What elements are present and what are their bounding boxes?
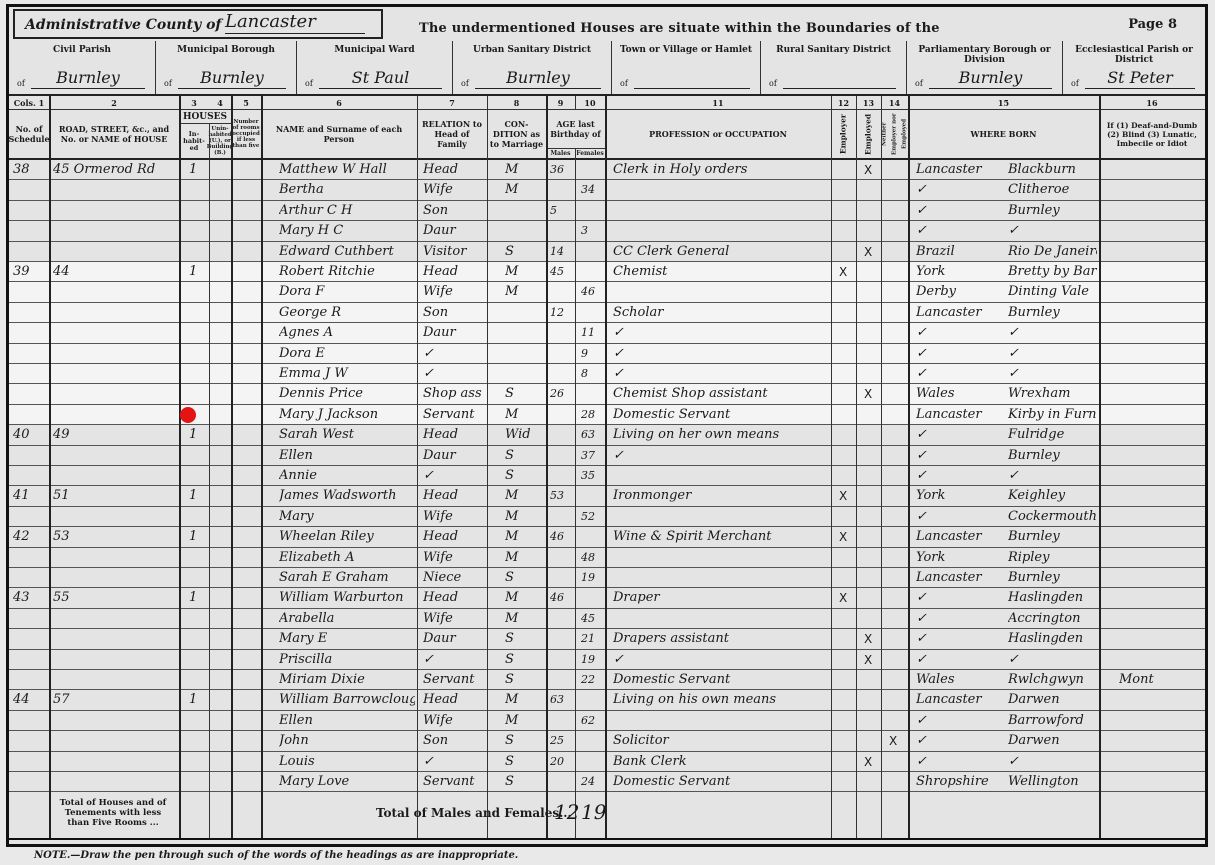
condition-cell: S (505, 446, 544, 466)
born-county-cell: ✓ (916, 344, 1001, 364)
column-divider (856, 96, 857, 838)
inhabited-cell (189, 201, 207, 221)
condition-cell: M (505, 588, 544, 608)
neither-cell (889, 242, 906, 262)
employer-cell: X (839, 527, 854, 547)
district-label: Urban Sanitary District (453, 45, 611, 55)
employed-cell: X (864, 650, 879, 670)
road-cell (53, 711, 177, 731)
relation-cell: Head (423, 262, 485, 282)
born-place-cell: Burnley (1008, 303, 1097, 323)
male-age-cell (550, 446, 573, 466)
inhabited-cell (189, 221, 207, 241)
header-schedule: No. of Schedule (9, 110, 49, 158)
employer-cell (839, 568, 854, 588)
road-cell (53, 242, 177, 262)
relation-cell: Servant (423, 772, 485, 792)
name-cell: Emma J W (279, 364, 415, 384)
name-cell: Annie (279, 466, 415, 486)
inhabited-cell (189, 282, 207, 302)
employer-cell: X (839, 262, 854, 282)
district-label: Ecclesiastical Parish or District (1063, 45, 1205, 65)
born-place-cell: Haslingden (1008, 588, 1097, 608)
name-cell: Ellen (279, 711, 415, 731)
infirmity-cell (1119, 752, 1203, 772)
born-county-cell: ✓ (916, 466, 1001, 486)
header-inhabited: In-habit-ed (179, 124, 209, 158)
admin-county-label: Administrative County of (25, 17, 221, 33)
relation-cell: ✓ (423, 364, 485, 384)
female-age-cell: 46 (581, 282, 603, 302)
male-age-cell: 53 (550, 486, 573, 506)
condition-cell: S (505, 384, 544, 404)
born-place-cell: Burnley (1008, 527, 1097, 547)
female-age-cell (581, 690, 603, 710)
schedule-cell (13, 303, 47, 323)
female-age-cell: 37 (581, 446, 603, 466)
inhabited-cell (189, 772, 207, 792)
condition-cell: S (505, 752, 544, 772)
column-divider (231, 96, 233, 838)
schedule-cell (13, 221, 47, 241)
district-label: Town or Village or Hamlet (612, 45, 760, 55)
relation-cell: Wife (423, 282, 485, 302)
occupation-cell: Draper (613, 588, 829, 608)
column-number: 2 (49, 96, 179, 110)
male-age-cell: 12 (550, 303, 573, 323)
road-cell: 49 (53, 425, 177, 445)
neither-cell (889, 425, 906, 445)
schedule-cell (13, 568, 47, 588)
table-bottom-line (9, 838, 1205, 840)
occupation-cell: Solicitor (613, 731, 829, 751)
neither-cell (889, 548, 906, 568)
name-cell: Miriam Dixie (279, 670, 415, 690)
total-females: 19 (581, 800, 606, 824)
condition-cell: S (505, 670, 544, 690)
district-value (783, 68, 896, 89)
neither-cell (889, 201, 906, 221)
employer-cell (839, 446, 854, 466)
infirmity-cell (1119, 201, 1203, 221)
employed-cell (864, 446, 879, 466)
born-place-cell: Cockermouth (1008, 507, 1097, 527)
male-age-cell (550, 180, 573, 200)
born-county-cell: York (916, 486, 1001, 506)
column-divider (881, 96, 882, 838)
name-cell: Wheelan Riley (279, 527, 415, 547)
relation-cell: Shop ass (423, 384, 485, 404)
employed-cell (864, 221, 879, 241)
schedule-cell (13, 650, 47, 670)
column-divider (417, 96, 418, 838)
schedule-cell (13, 180, 47, 200)
column-number: 4 (209, 96, 231, 110)
employer-cell (839, 690, 854, 710)
district-label: Municipal Borough (156, 45, 296, 55)
occupation-cell: Scholar (613, 303, 829, 323)
infirmity-cell (1119, 364, 1203, 384)
female-age-cell: 21 (581, 629, 603, 649)
born-county-cell: ✓ (916, 629, 1001, 649)
born-county-cell: Lancaster (916, 303, 1001, 323)
road-cell (53, 609, 177, 629)
column-number: 10 (575, 96, 605, 110)
born-county-cell: York (916, 262, 1001, 282)
district-of: of (17, 79, 25, 88)
road-cell (53, 548, 177, 568)
inhabited-cell (189, 670, 207, 690)
road-cell (53, 507, 177, 527)
employed-cell (864, 690, 879, 710)
header-rooms: Number of rooms occupied if less than fi… (231, 110, 261, 158)
infirmity-cell (1119, 466, 1203, 486)
column-divider (831, 96, 832, 838)
age-divider (575, 96, 576, 110)
road-cell (53, 323, 177, 343)
occupation-cell: ✓ (613, 650, 829, 670)
inhabited-cell (189, 446, 207, 466)
schedule-cell (13, 466, 47, 486)
employer-cell (839, 629, 854, 649)
inhabited-cell (189, 752, 207, 772)
relation-cell: ✓ (423, 752, 485, 772)
infirmity-cell (1119, 527, 1203, 547)
employer-cell (839, 405, 854, 425)
column-divider (209, 124, 210, 838)
born-place-cell: Bretty by Barnard (1008, 262, 1097, 282)
name-cell: Dora F (279, 282, 415, 302)
road-cell: 44 (53, 262, 177, 282)
column-divider (179, 96, 181, 838)
occupation-cell: Clerk in Holy orders (613, 160, 829, 180)
condition-cell: M (505, 609, 544, 629)
column-number: 7 (417, 96, 487, 110)
header-employed: Employed (856, 110, 881, 158)
born-county-cell: ✓ (916, 731, 1001, 751)
employer-cell (839, 201, 854, 221)
male-age-cell (550, 629, 573, 649)
name-cell: Priscilla (279, 650, 415, 670)
infirmity-cell (1119, 160, 1203, 180)
district-value: St Paul (319, 68, 442, 89)
schedule-cell (13, 609, 47, 629)
district-4: Town or Village or Hamletof (612, 41, 761, 94)
infirmity-cell (1119, 568, 1203, 588)
schedule-cell: 38 (13, 160, 47, 180)
occupation-cell: Domestic Servant (613, 772, 829, 792)
road-cell (53, 344, 177, 364)
neither-cell (889, 486, 906, 506)
born-place-cell: ✓ (1008, 323, 1097, 343)
road-cell (53, 629, 177, 649)
column-number: 11 (605, 96, 831, 110)
census-page: Administrative County of Lancaster The u… (6, 4, 1208, 847)
occupation-cell: ✓ (613, 323, 829, 343)
female-age-cell: 52 (581, 507, 603, 527)
employer-cell (839, 160, 854, 180)
occupation-cell: ✓ (613, 446, 829, 466)
neither-cell (889, 344, 906, 364)
inhabited-cell (189, 364, 207, 384)
name-cell: Mary E (279, 629, 415, 649)
condition-cell (505, 323, 544, 343)
neither-cell (889, 629, 906, 649)
road-cell (53, 180, 177, 200)
road-cell (53, 282, 177, 302)
condition-cell: M (505, 282, 544, 302)
boundary-text: The undermentioned Houses are situate wi… (419, 21, 940, 36)
neither-cell (889, 160, 906, 180)
infirmity-cell (1119, 221, 1203, 241)
born-place-cell: Burnley (1008, 568, 1097, 588)
occupation-cell: Chemist (613, 262, 829, 282)
relation-cell: Head (423, 425, 485, 445)
header-age: AGE last Birthday of (546, 110, 605, 148)
born-county-cell: ✓ (916, 180, 1001, 200)
occupation-cell: Domestic Servant (613, 670, 829, 690)
road-cell (53, 731, 177, 751)
road-cell (53, 201, 177, 221)
neither-cell (889, 282, 906, 302)
male-age-cell: 46 (550, 527, 573, 547)
inhabited-cell (189, 548, 207, 568)
female-age-cell: 11 (581, 323, 603, 343)
column-number: 15 (908, 96, 1099, 110)
infirmity-cell (1119, 629, 1203, 649)
born-place-cell: Rio De Janeiro (1008, 242, 1097, 262)
relation-cell: Daur (423, 323, 485, 343)
born-place-cell: ✓ (1008, 466, 1097, 486)
condition-cell: M (505, 180, 544, 200)
header-neither: Neither Employer nor Employed (881, 110, 908, 158)
neither-cell (889, 262, 906, 282)
relation-cell: Wife (423, 180, 485, 200)
born-county-cell: ✓ (916, 446, 1001, 466)
male-age-cell (550, 425, 573, 445)
road-cell: 51 (53, 486, 177, 506)
name-cell: William Warburton (279, 588, 415, 608)
header-relation: RELATION to Head of Family (417, 110, 487, 158)
header-name: NAME and Surname of each Person (261, 110, 417, 158)
born-place-cell: Accrington (1008, 609, 1097, 629)
infirmity-cell (1119, 282, 1203, 302)
schedule-cell (13, 282, 47, 302)
relation-cell: Visitor (423, 242, 485, 262)
district-of: of (164, 79, 172, 88)
employed-cell (864, 527, 879, 547)
male-age-cell: 46 (550, 588, 573, 608)
employer-cell (839, 752, 854, 772)
column-number: 6 (261, 96, 417, 110)
name-cell: Robert Ritchie (279, 262, 415, 282)
female-age-cell (581, 384, 603, 404)
schedule-cell (13, 772, 47, 792)
male-age-cell: 45 (550, 262, 573, 282)
schedule-cell (13, 629, 47, 649)
occupation-cell (613, 609, 829, 629)
occupation-cell: ✓ (613, 364, 829, 384)
employed-cell (864, 201, 879, 221)
born-place-cell: Kirby in Furness (1008, 405, 1097, 425)
inhabited-cell: 1 (189, 160, 207, 180)
condition-cell: S (505, 568, 544, 588)
neither-cell (889, 752, 906, 772)
schedule-cell (13, 242, 47, 262)
infirmity-cell (1119, 344, 1203, 364)
occupation-cell (613, 568, 829, 588)
district-of: of (915, 79, 923, 88)
neither-cell (889, 650, 906, 670)
relation-cell: Daur (423, 629, 485, 649)
employed-cell (864, 323, 879, 343)
occupation-cell: Ironmonger (613, 486, 829, 506)
employer-cell (839, 650, 854, 670)
name-cell: Arabella (279, 609, 415, 629)
name-cell: Louis (279, 752, 415, 772)
male-age-cell: 20 (550, 752, 573, 772)
employer-cell (839, 507, 854, 527)
occupation-cell (613, 180, 829, 200)
female-age-cell: 35 (581, 466, 603, 486)
name-cell: Mary Love (279, 772, 415, 792)
column-divider (908, 96, 910, 838)
male-age-cell (550, 568, 573, 588)
inhabited-cell (189, 323, 207, 343)
employer-cell (839, 711, 854, 731)
born-place-cell: Clitheroe (1008, 180, 1097, 200)
neither-cell (889, 466, 906, 486)
district-6: Parliamentary Borough or DivisionofBurnl… (907, 41, 1063, 94)
born-place-cell: Fulridge (1008, 425, 1097, 445)
totals-houses-label: Total of Houses and of Tenements with le… (53, 798, 173, 828)
column-number: 12 (831, 96, 856, 110)
neither-cell (889, 527, 906, 547)
born-place-cell: ✓ (1008, 752, 1097, 772)
district-label: Parliamentary Borough or Division (907, 45, 1062, 65)
condition-cell: M (505, 160, 544, 180)
male-age-cell (550, 711, 573, 731)
employer-cell (839, 609, 854, 629)
born-place-cell: Darwen (1008, 731, 1097, 751)
employed-cell (864, 466, 879, 486)
road-cell (53, 466, 177, 486)
employed-cell (864, 364, 879, 384)
occupation-cell (613, 201, 829, 221)
relation-cell: Servant (423, 405, 485, 425)
born-county-cell: ✓ (916, 221, 1001, 241)
employed-cell (864, 507, 879, 527)
female-age-cell (581, 262, 603, 282)
district-0: Civil ParishofBurnley (9, 41, 156, 94)
column-divider (1099, 96, 1101, 838)
condition-cell: S (505, 242, 544, 262)
neither-cell: X (889, 731, 906, 751)
employed-cell (864, 425, 879, 445)
admin-county-value: Lancaster (225, 11, 365, 34)
female-age-cell: 45 (581, 609, 603, 629)
employer-cell (839, 364, 854, 384)
neither-cell (889, 711, 906, 731)
relation-cell: Head (423, 588, 485, 608)
infirmity-cell (1119, 609, 1203, 629)
condition-cell: Wid (505, 425, 544, 445)
occupation-cell (613, 466, 829, 486)
inhabited-cell (189, 507, 207, 527)
inhabited-cell (189, 629, 207, 649)
schedule-cell (13, 731, 47, 751)
employer-cell (839, 242, 854, 262)
name-cell: Ellen (279, 446, 415, 466)
neither-cell (889, 405, 906, 425)
column-number: 14 (881, 96, 908, 110)
male-age-cell (550, 670, 573, 690)
employed-cell (864, 405, 879, 425)
column-number: 13 (856, 96, 881, 110)
infirmity-cell (1119, 711, 1203, 731)
female-age-cell: 62 (581, 711, 603, 731)
born-county-cell: Lancaster (916, 527, 1001, 547)
name-cell: Mary J Jackson (279, 405, 415, 425)
employed-cell (864, 180, 879, 200)
inhabited-cell (189, 609, 207, 629)
female-age-cell: 19 (581, 568, 603, 588)
condition-cell (505, 201, 544, 221)
schedule-cell (13, 507, 47, 527)
admin-county-box: Administrative County of Lancaster (13, 9, 383, 39)
born-county-cell: ✓ (916, 650, 1001, 670)
road-cell (53, 405, 177, 425)
district-label: Civil Parish (9, 45, 155, 55)
name-cell: Dora E (279, 344, 415, 364)
inhabited-cell (189, 344, 207, 364)
male-age-cell (550, 650, 573, 670)
born-county-cell: Lancaster (916, 568, 1001, 588)
name-cell: Arthur C H (279, 201, 415, 221)
red-marker-dot (180, 407, 196, 423)
female-age-cell: 19 (581, 650, 603, 670)
employed-cell (864, 568, 879, 588)
female-age-cell: 9 (581, 344, 603, 364)
infirmity-cell (1119, 425, 1203, 445)
condition-cell: S (505, 772, 544, 792)
schedule-cell: 43 (13, 588, 47, 608)
column-divider (49, 96, 51, 838)
employer-cell (839, 323, 854, 343)
schedule-cell: 40 (13, 425, 47, 445)
district-1: Municipal BoroughofBurnley (156, 41, 297, 94)
employed-cell (864, 262, 879, 282)
district-value: Burnley (929, 68, 1052, 89)
header-employer: Employer (831, 110, 856, 158)
infirmity-cell (1119, 262, 1203, 282)
condition-cell (505, 303, 544, 323)
inhabited-cell (189, 242, 207, 262)
born-place-cell: Blackburn (1008, 160, 1097, 180)
employer-cell (839, 466, 854, 486)
district-of: of (769, 79, 777, 88)
male-age-cell (550, 548, 573, 568)
name-cell: George R (279, 303, 415, 323)
road-cell (53, 221, 177, 241)
column-divider (487, 96, 488, 838)
employer-cell (839, 303, 854, 323)
employed-cell: X (864, 384, 879, 404)
male-age-cell: 25 (550, 731, 573, 751)
totals-mf-label: Total of Males and Females... (376, 806, 572, 820)
employer-cell (839, 772, 854, 792)
infirmity-cell (1119, 690, 1203, 710)
